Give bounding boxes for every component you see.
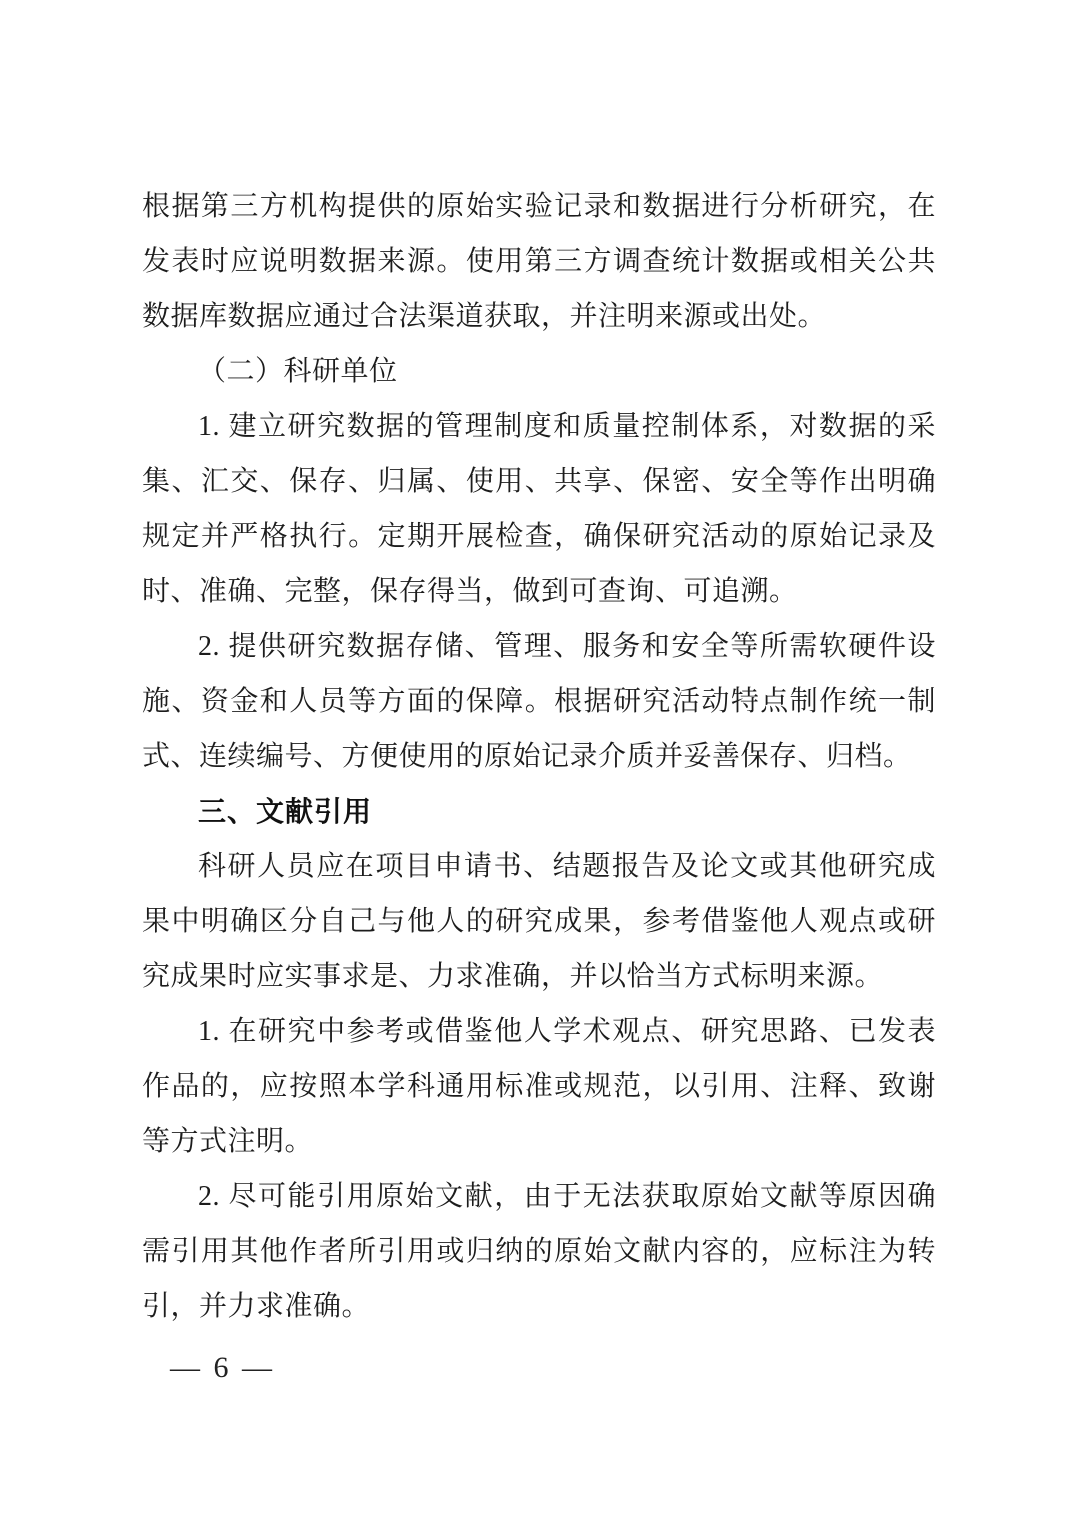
numbered-paragraph-1: 1. 建立研究数据的管理制度和质量控制体系，对数据的采集、汇交、保存、归属、使用… (142, 399, 936, 619)
numbered-paragraph-2: 2. 提供研究数据存储、管理、服务和安全等所需软硬件设施、资金和人员等方面的保障… (142, 619, 936, 784)
section-heading: 三、文献引用 (142, 784, 936, 839)
numbered-paragraph-3: 1. 在研究中参考或借鉴他人学术观点、研究思路、已发表作品的，应按照本学科通用标… (142, 1004, 936, 1169)
body-paragraph: 科研人员应在项目申请书、结题报告及论文或其他研究成果中明确区分自己与他人的研究成… (142, 839, 936, 1004)
document-body: 根据第三方机构提供的原始实验记录和数据进行分析研究，在发表时应说明数据来源。使用… (142, 179, 936, 1334)
page-number: — 6 — (170, 1345, 275, 1390)
document-page: 根据第三方机构提供的原始实验记录和数据进行分析研究，在发表时应说明数据来源。使用… (0, 0, 1074, 1520)
numbered-paragraph-4: 2. 尽可能引用原始文献，由于无法获取原始文献等原因确需引用其他作者所引用或归纳… (142, 1169, 936, 1334)
paragraph-continuation: 根据第三方机构提供的原始实验记录和数据进行分析研究，在发表时应说明数据来源。使用… (142, 179, 936, 344)
subsection-heading: （二）科研单位 (142, 344, 936, 399)
